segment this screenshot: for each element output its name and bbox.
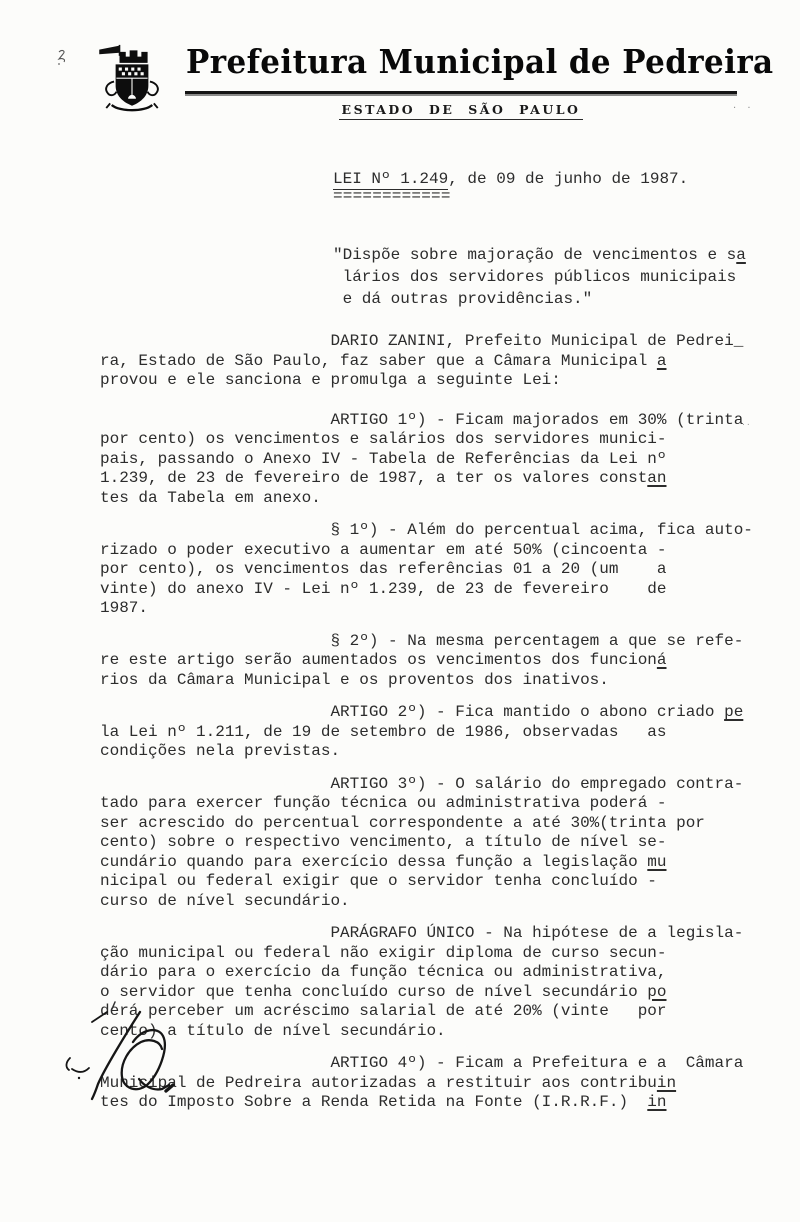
text-line: ARTIGO 1º) - Ficam majorados em 30% (tri… [100,411,770,431]
text-line: ARTIGO 3º) - O salário do empregado cont… [100,775,770,795]
text-line: rizado o poder executivo a aumentar em a… [100,541,770,561]
paragraph-paragrafo-1: § 1º) - Além do percentual acima, fica a… [100,521,770,619]
line-text: "Dispõe sobre majoração de vencimentos e… [333,246,736,264]
line-text: por cento) os vencimentos e salários dos… [100,430,667,448]
text-line: tado para exercer função técnica ou admi… [100,794,770,814]
line-text: ser acrescido do percentual corresponden… [100,814,705,832]
organization-name: Prefeitura Municipal de Pedreira [186,44,774,81]
line-text: 1987. [100,599,148,617]
text-line: por cento) os vencimentos e salários dos… [100,430,770,450]
handwritten-mark [55,1000,190,1125]
continuation-underline: po [647,983,666,1001]
line-text: rios da Câmara Municipal e os proventos … [100,671,609,689]
paragraph-artigo-4: ARTIGO 4º) - Ficam a Prefeitura e a Câma… [100,1054,770,1113]
continuation-underline: á [657,651,667,669]
line-text: cundário quando para exercício dessa fun… [100,853,647,871]
line-text: condições nela previstas. [100,742,340,760]
line-text: dário para o exercício da função técnica… [100,963,667,981]
line-text: DARIO ZANINI, Prefeito Municipal de Pedr… [100,332,743,350]
line-text: ra, Estado de São Paulo, faz saber que a… [100,352,657,370]
document-content: LEI Nº 1.249, de 09 de junho de 1987. ==… [0,170,800,1113]
text-line: o servidor que tenha concluído curso de … [100,983,770,1003]
text-line: "Dispõe sobre majoração de vencimentos e… [333,244,770,266]
continuation-underline: a [736,246,746,264]
continuation-underline: in [657,1074,676,1092]
text-line: ARTIGO 2º) - Fica mantido o abono criado… [100,703,770,723]
line-text: re este artigo serão aumentados os venci… [100,651,657,669]
paragraph-artigo-2: ARTIGO 2º) - Fica mantido o abono criado… [100,703,770,762]
text-line: derá perceber um acréscimo salarial de a… [100,1002,770,1022]
continuation-underline: in [647,1093,666,1111]
text-line: tes da Tabela em anexo. [100,489,770,509]
paragraph-ementa: "Dispõe sobre majoração de vencimentos e… [333,244,770,310]
text-line: pais, passando o Anexo IV - Tabela de Re… [100,450,770,470]
line-text: PARÁGRAFO ÚNICO - Na hipótese de a legis… [100,924,743,942]
text-line: vinte) do anexo IV - Lei nº 1.239, de 23… [100,580,770,600]
text-line: nicipal ou federal exigir que o servidor… [100,872,770,892]
text-line: 1.239, de 23 de fevereiro de 1987, a ter… [100,469,770,489]
text-line: ser acrescido do percentual corresponden… [100,814,770,834]
continuation-underline: a [657,352,667,370]
text-line: cento) sobre o respectivo vencimento, a … [100,833,770,853]
law-date: , de 09 de junho de 1987. [448,170,688,188]
line-text: provou e ele sanciona e promulga a segui… [100,371,561,389]
letterhead-rule [185,91,737,94]
text-line: dário para o exercício da função técnica… [100,963,770,983]
line-text: ção municipal ou federal não exigir dipl… [100,944,667,962]
line-text: tes da Tabela em anexo. [100,489,321,507]
text-line: ra, Estado de São Paulo, faz saber que a… [100,352,770,372]
text-line: PARÁGRAFO ÚNICO - Na hipótese de a legis… [100,924,770,944]
text-line: curso de nível secundário. [100,892,770,912]
state-label-wrap: ESTADO DE SÃO PAULO [185,101,737,119]
line-text: ARTIGO 4º) - Ficam a Prefeitura e a Câma… [100,1054,743,1072]
line-text: cento) sobre o respectivo vencimento, a … [100,833,667,851]
line-text: § 1º) - Além do percentual acima, fica a… [100,521,753,539]
line-text: por cento), os vencimentos das referênci… [100,560,667,578]
paragraph-preambulo: DARIO ZANINI, Prefeito Municipal de Pedr… [100,332,770,391]
line-text: nicipal ou federal exigir que o servidor… [100,872,657,890]
line-text: lários dos servidores públicos municipai… [333,268,736,286]
text-line: § 1º) - Além do percentual acima, fica a… [100,521,770,541]
line-text: pais, passando o Anexo IV - Tabela de Re… [100,450,667,468]
text-line: Municipal de Pedreira autorizadas a rest… [100,1074,770,1094]
text-line: tes do Imposto Sobre a Renda Retida na F… [100,1093,770,1113]
scanned-document-page: Prefeitura Municipal de Pedreira ESTADO … [0,0,800,1222]
line-text: la Lei nº 1.211, de 19 de setembro de 19… [100,723,667,741]
line-text: ARTIGO 3º) - O salário do empregado cont… [100,775,743,793]
line-text: e dá outras providências." [333,290,592,308]
state-label: ESTADO DE SÃO PAULO [339,102,584,120]
scan-artifact-dots: . . [733,100,755,111]
text-line: ção municipal ou federal não exigir dipl… [100,944,770,964]
paragraph-paragrafo-unico: PARÁGRAFO ÚNICO - Na hipótese de a legis… [100,924,770,1041]
continuation-underline: an [647,469,666,487]
line-text: tado para exercer função técnica ou admi… [100,794,667,812]
text-line: DARIO ZANINI, Prefeito Municipal de Pedr… [100,332,770,352]
line-text: ARTIGO 2º) - Fica mantido o abono criado [100,703,724,721]
text-line: lários dos servidores públicos municipai… [333,266,770,288]
text-line: e dá outras providências." [333,288,770,310]
text-line: re este artigo serão aumentados os venci… [100,651,770,671]
scan-artifact-dots: .. [742,418,752,428]
text-line: § 2º) - Na mesma percentagem a que se re… [100,632,770,652]
document-body: "Dispõe sobre majoração de vencimentos e… [100,244,770,1113]
text-line: provou e ele sanciona e promulga a segui… [100,371,770,391]
continuation-underline: mu [647,853,666,871]
line-text: o servidor que tenha concluído curso de … [100,983,647,1001]
line-text: curso de nível secundário. [100,892,350,910]
paragraph-artigo-3: ARTIGO 3º) - O salário do empregado cont… [100,775,770,912]
text-line: ARTIGO 4º) - Ficam a Prefeitura e a Câma… [100,1054,770,1074]
text-line: 1987. [100,599,770,619]
paragraph-artigo-1: ARTIGO 1º) - Ficam majorados em 30% (tri… [100,411,770,509]
text-line: condições nela previstas. [100,742,770,762]
text-line: rios da Câmara Municipal e os proventos … [100,671,770,691]
line-text: vinte) do anexo IV - Lei nº 1.239, de 23… [100,580,667,598]
text-line: la Lei nº 1.211, de 19 de setembro de 19… [100,723,770,743]
line-text: ARTIGO 1º) - Ficam majorados em 30% (tri… [100,411,743,429]
line-text: rizado o poder executivo a aumentar em a… [100,541,667,559]
text-line: cento) a título de nível secundário. [100,1022,770,1042]
line-text: 1.239, de 23 de fevereiro de 1987, a ter… [100,469,647,487]
coat-of-arms-icon [93,42,171,118]
text-line: por cento), os vencimentos das referênci… [100,560,770,580]
letterhead: Prefeitura Municipal de Pedreira ESTADO … [0,0,800,130]
line-text: § 2º) - Na mesma percentagem a que se re… [100,632,743,650]
law-title-double-rule: ============ [333,190,770,202]
text-line: cundário quando para exercício dessa fun… [100,853,770,873]
paragraph-paragrafo-2: § 2º) - Na mesma percentagem a que se re… [100,632,770,691]
continuation-underline: pe [724,703,743,721]
